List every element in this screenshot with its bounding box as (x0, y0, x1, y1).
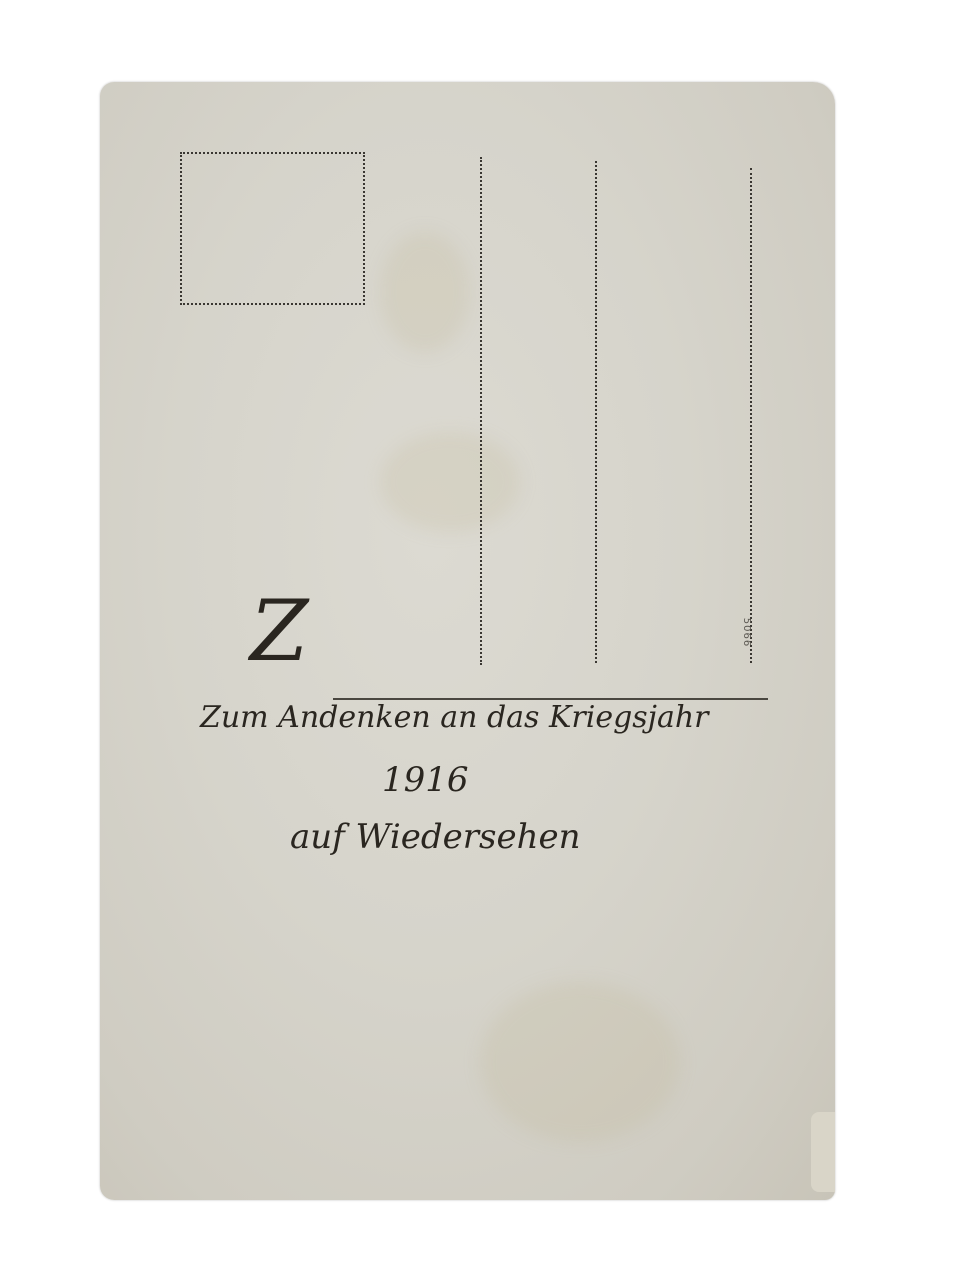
postcard-back: 5066 Z Zum Andenken an das Kriegsjahr 19… (100, 82, 835, 1200)
handwritten-line-1: Zum Andenken an das Kriegsjahr (200, 700, 709, 735)
handwritten-year: 1916 (382, 760, 469, 800)
address-divider-line (480, 157, 482, 665)
address-line (595, 161, 597, 663)
stain (380, 432, 520, 532)
handwritten-line-3: auf Wiedersehen (290, 817, 581, 857)
print-code: 5066 (741, 618, 752, 647)
address-line (750, 168, 752, 663)
worn-corner (811, 1112, 835, 1192)
stain (480, 982, 680, 1142)
stamp-box (180, 152, 365, 305)
stain (380, 232, 470, 352)
handwritten-initial: Z (250, 582, 308, 680)
